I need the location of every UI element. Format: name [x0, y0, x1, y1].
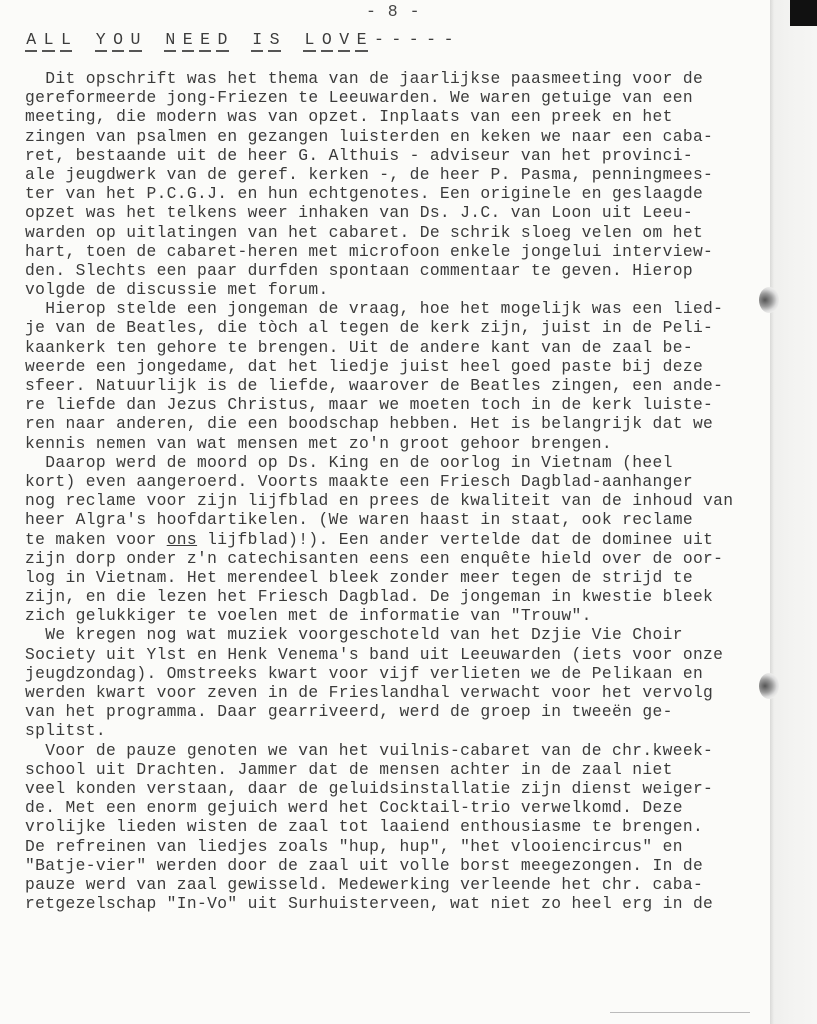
text-line: hart, toen de cabaret-heren met microfoo… [25, 242, 765, 261]
text-line: Voor de pauze genoten we van het vuilnis… [25, 741, 765, 760]
text-line: werden kwart voor zeven in de Frieslandh… [25, 683, 765, 702]
scan-border-corner [790, 0, 817, 26]
text-line: kort) even aangeroerd. Voorts maakte een… [25, 472, 765, 491]
text-line: sfeer. Natuurlijk is de liefde, waarover… [25, 376, 765, 395]
title-letter: I [251, 30, 263, 52]
title-letter: E [182, 30, 194, 52]
text-line: Daarop werd de moord op Ds. King en de o… [25, 453, 765, 472]
scan-artifact-line [610, 1012, 750, 1013]
text-line: weerde een jongedame, dat het liedje jui… [25, 357, 765, 376]
text-line: retgezelschap "In-Vo" uit Surhuisterveen… [25, 894, 765, 913]
text-line: De refreinen van liedjes zoals "hup, hup… [25, 837, 765, 856]
title-dash: - [408, 30, 420, 49]
page-number: - 8 - [366, 2, 421, 21]
text-line: splitst. [25, 721, 765, 740]
text-line: school uit Drachten. Jammer dat de mense… [25, 760, 765, 779]
title-letter: L [42, 30, 54, 52]
text-line: meeting, die modern was van opzet. Inpla… [25, 107, 765, 126]
text-line: warden op uitlatingen van het cabaret. D… [25, 223, 765, 242]
text-line: zijn dorp onder z'n catechisanten eens e… [25, 549, 765, 568]
text-line: log in Vietnam. Het merendeel bleek zond… [25, 568, 765, 587]
text-line: ret, bestaande uit de heer G. Althuis - … [25, 146, 765, 165]
text-line: de. Met een enorm gejuich werd het Cockt… [25, 798, 765, 817]
text-line: je van de Beatles, die tòch al tegen de … [25, 318, 765, 337]
text-line: kaankerk ten gehore te brengen. Uit de a… [25, 338, 765, 357]
binder-hole-top [759, 287, 779, 313]
title-letter: D [216, 30, 228, 52]
title-letter: L [60, 30, 72, 52]
title-dash: - [373, 30, 385, 49]
text-line: heer Algra's hoofdartikelen. (We waren h… [25, 510, 765, 529]
text-line: den. Slechts een paar durfden spontaan c… [25, 261, 765, 280]
title-dash: - [425, 30, 437, 49]
binder-hole-bottom [759, 673, 779, 699]
page-edge-shadow [770, 0, 817, 1024]
title-letter: V [338, 30, 350, 52]
underlined-word: ons [167, 530, 197, 549]
text-line: Dit opschrift was het thema van de jaarl… [25, 69, 765, 88]
title-letter: E [355, 30, 367, 52]
title-letter: U [129, 30, 141, 52]
text-line: ter van het P.C.G.J. en hun echtgenotes.… [25, 184, 765, 203]
text-line: gereformeerde jong-Friezen te Leeuwarden… [25, 88, 765, 107]
title-letter: A [25, 30, 37, 52]
text-line: zijn, en die lezen het Friesch Dagblad. … [25, 587, 765, 606]
article-body: Dit opschrift was het thema van de jaarl… [25, 69, 765, 913]
text-line: nog reclame voor zijn lijfblad en prees … [25, 491, 765, 510]
title-dash: - [442, 30, 454, 49]
text-line: Hierop stelde een jongeman de vraag, hoe… [25, 299, 765, 318]
text-line: ren naar anderen, die een boodschap hebb… [25, 414, 765, 433]
text-line: zich gelukkiger te voelen met de informa… [25, 606, 765, 625]
text-line: ale jeugdwerk van de geref. kerken -, de… [25, 165, 765, 184]
text-line: We kregen nog wat muziek voorgeschoteld … [25, 625, 765, 644]
text-line: te maken voor ons lijfblad)!). Een ander… [25, 530, 765, 549]
text-line: "Batje-vier" werden door de zaal uit vol… [25, 856, 765, 875]
text-line: van het programma. Daar gearriveerd, wer… [25, 702, 765, 721]
text-line: re liefde dan Jezus Christus, maar we mo… [25, 395, 765, 414]
text-line: Society uit Ylst en Henk Venema's band u… [25, 645, 765, 664]
text-line: veel konden verstaan, daar de geluidsins… [25, 779, 765, 798]
title-letter: N [164, 30, 176, 52]
text-line: kennis nemen van wat mensen met zo'n gro… [25, 434, 765, 453]
title-letter: Y [95, 30, 107, 52]
text-line: vrolijke lieden wisten de zaal tot laaie… [25, 817, 765, 836]
title-letter: S [268, 30, 280, 52]
text-line: opzet was het telkens weer inhaken van D… [25, 203, 765, 222]
title-letter: O [321, 30, 333, 52]
text-line: jeugdzondag). Omstreeks kwart voor vijf … [25, 664, 765, 683]
title-letter: E [199, 30, 211, 52]
title-dash: - [390, 30, 402, 49]
text-line: volgde de discussie met forum. [25, 280, 765, 299]
text-line: zingen van psalmen en gezangen luisterde… [25, 127, 765, 146]
title-letter: O [112, 30, 124, 52]
text-line: pauze werd van zaal gewisseld. Medewerki… [25, 875, 765, 894]
title-letter: L [303, 30, 315, 52]
article-title: ALLYOUNEEDISLOVE----- [25, 30, 460, 52]
